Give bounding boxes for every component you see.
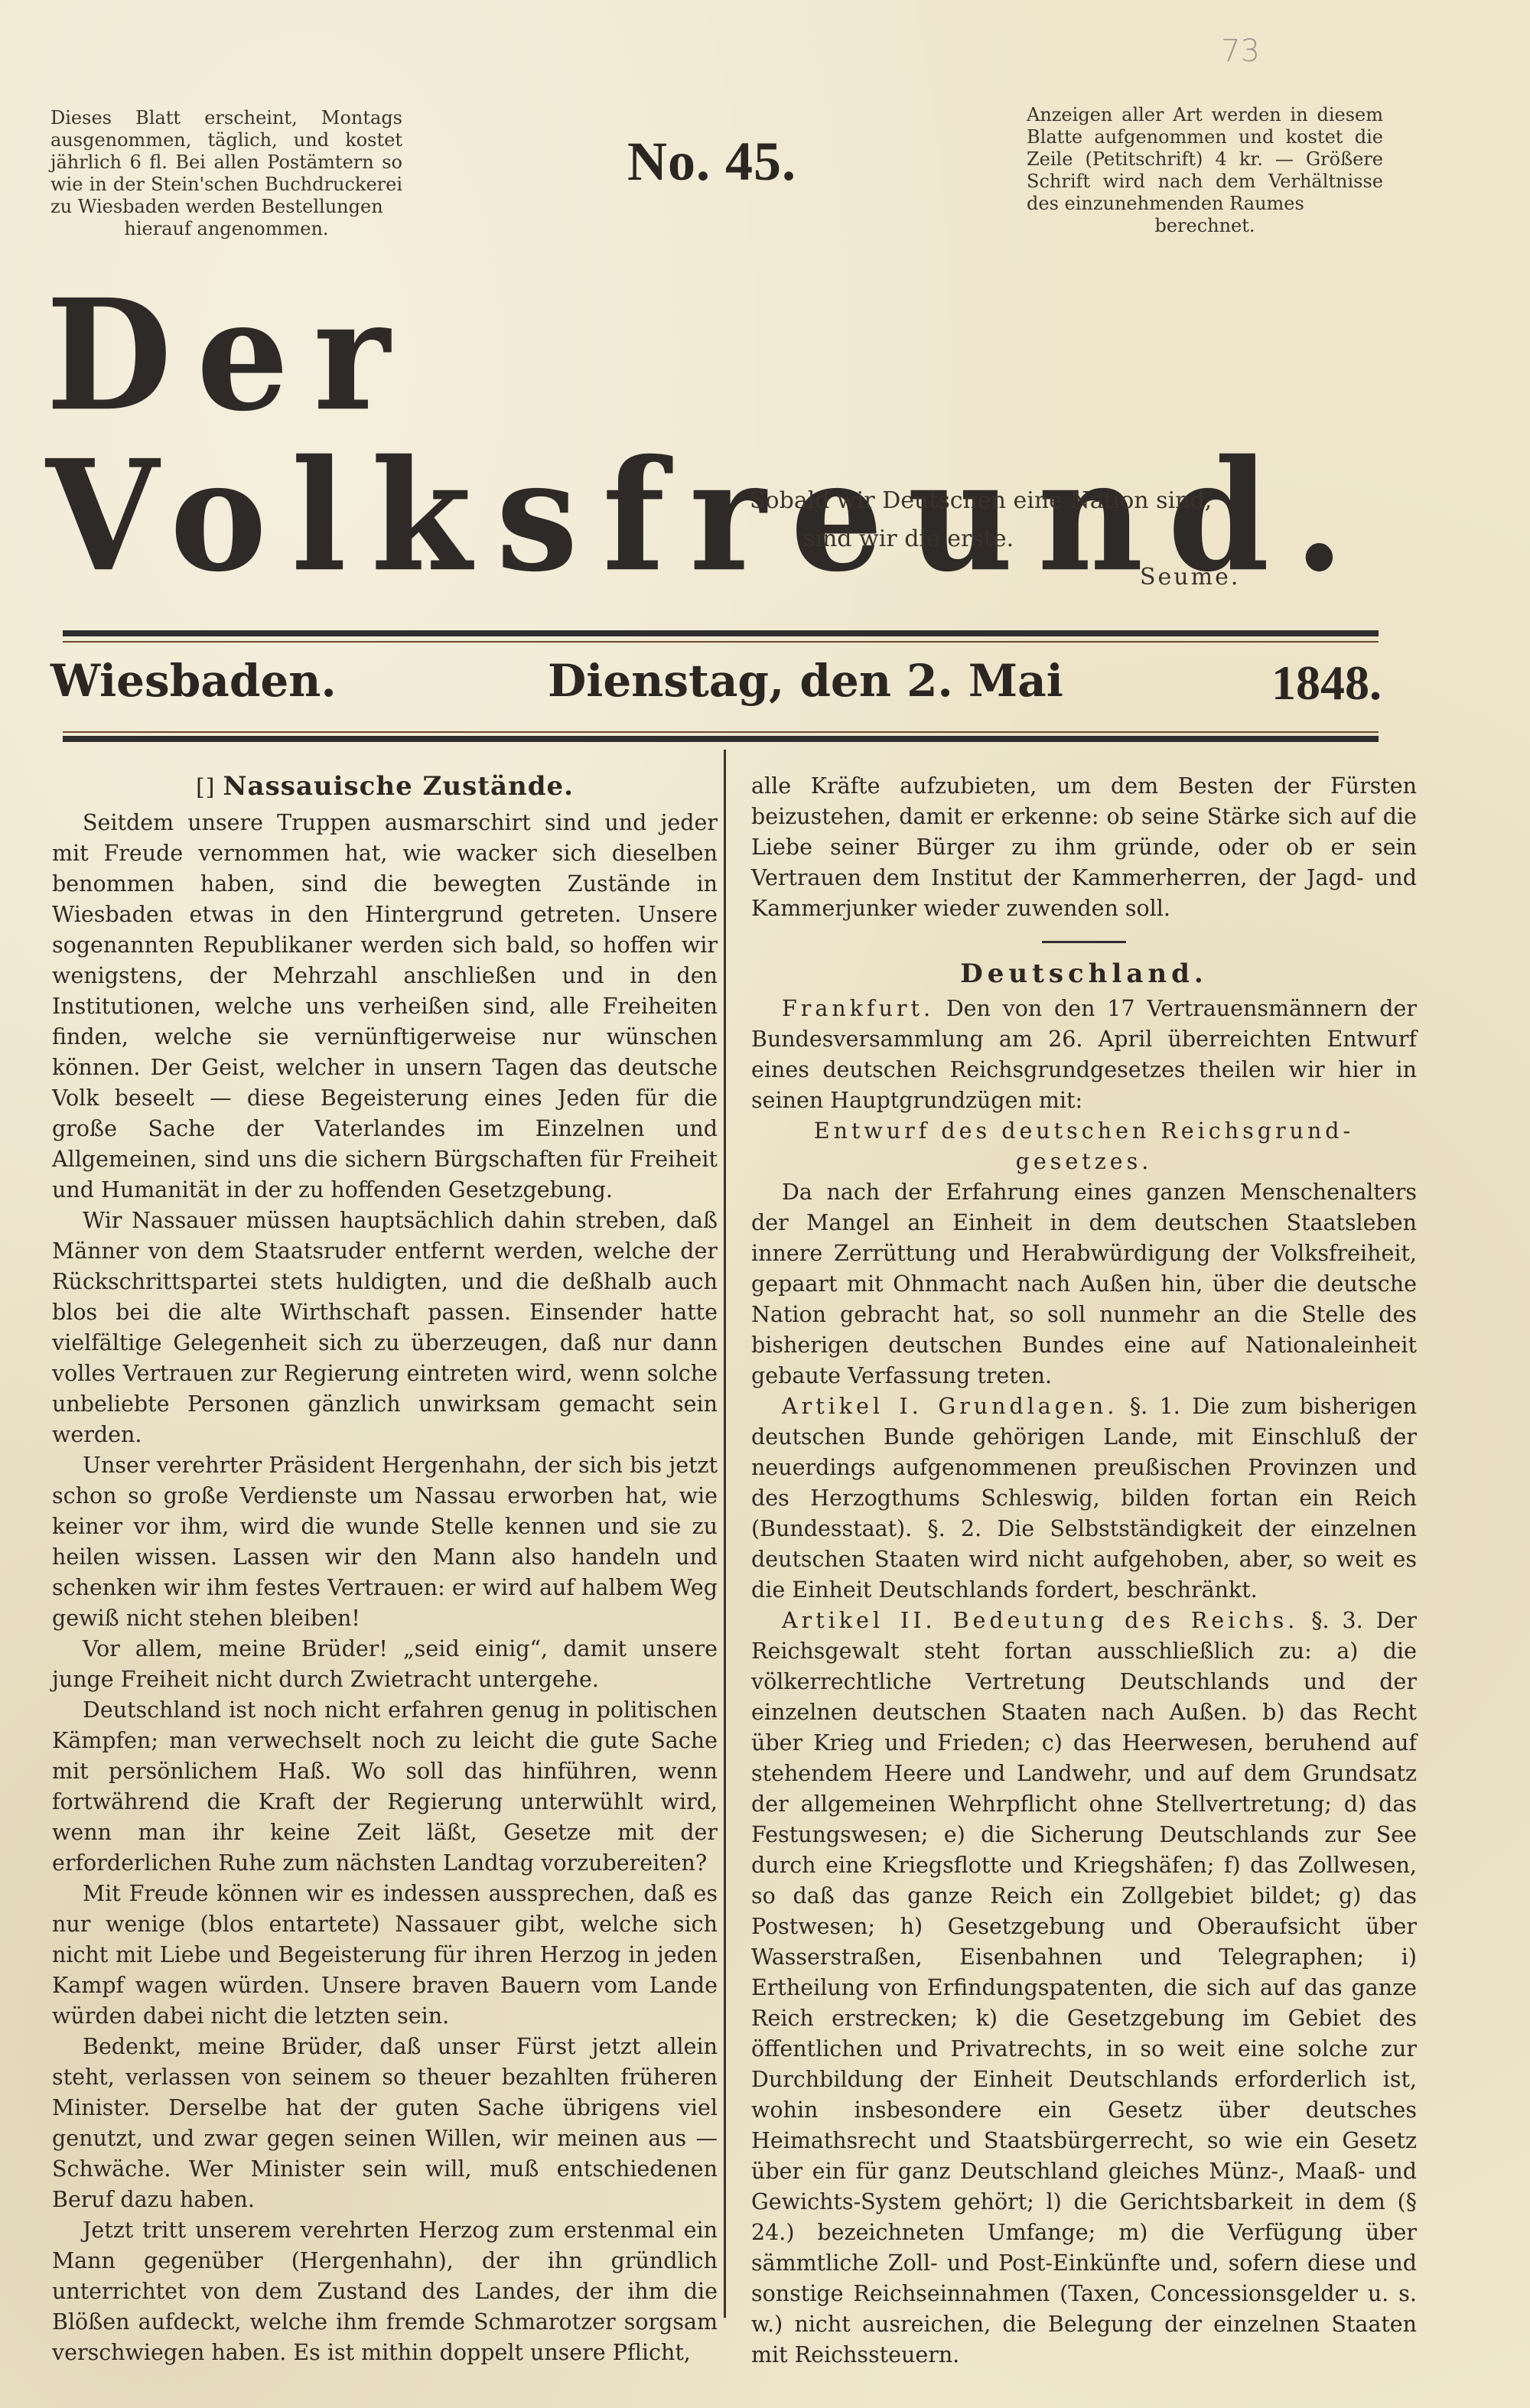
article-marker: [] <box>196 774 215 801</box>
dateline-year: 1848. <box>1271 655 1382 711</box>
article-paragraph: Vor allem, meine Brüder! „seid einig“, d… <box>52 1634 718 1695</box>
motto: Sobald wir Deutschen eine Nation sind, s… <box>750 482 1331 597</box>
dateline-rule-thin <box>63 731 1379 733</box>
header-rule-top <box>63 630 1379 636</box>
subscription-notice-last-line: hierauf angenommen. <box>50 218 402 240</box>
article-2-text: §. 3. Der Reichsgewalt steht fortan auss… <box>751 1608 1417 2367</box>
newspaper-page: 73 Dieses Blatt erscheint, Montags ausge… <box>0 0 1530 2408</box>
article-paragraph: Unser verehrter Präsident Hergenhahn, de… <box>52 1450 718 1634</box>
article-1-label: Artikel I. Grundlagen. <box>782 1394 1118 1419</box>
dateline-city: Wiesbaden. <box>50 655 337 707</box>
article-2: Artikel II. Bedeutung des Reichs. §. 3. … <box>751 1606 1417 2371</box>
issue-number: No. 45. <box>627 130 796 194</box>
article-1: Artikel I. Grundlagen. §. 1. Die zum bis… <box>751 1391 1417 1606</box>
advertising-notice-last-line: berechnet. <box>1027 215 1383 237</box>
dateline-date: Dienstag, den 2. Mai <box>548 655 1063 707</box>
news-intro: Frankfurt. Den von den 17 Vertrauensmänn… <box>751 994 1417 1116</box>
article-paragraph: Wir Nassauer müssen hauptsächlich dahin … <box>52 1206 718 1450</box>
motto-attribution: Seume. <box>750 558 1331 597</box>
advertising-notice: Anzeigen aller Art werden in diesem Blat… <box>1027 104 1383 237</box>
header-rule-top-thin <box>63 641 1379 643</box>
column-divider <box>724 750 726 2318</box>
article-paragraph: Jetzt tritt unserem verehrten Herzog zum… <box>52 2215 718 2368</box>
right-column: alle Kräfte aufzubieten, um dem Besten d… <box>751 771 1417 2371</box>
section-heading-deutschland: Deutschland. <box>751 958 1417 989</box>
subscription-notice: Dieses Blatt erscheint, Montags ausgenom… <box>50 107 402 240</box>
left-column: []Nassauische Zustände. Seitdem unsere T… <box>52 771 718 2368</box>
article-paragraph: Seitdem unsere Truppen ausmarschirt sind… <box>52 808 718 1206</box>
article-title: Nassauische Zustände. <box>223 771 573 802</box>
archive-page-number: 73 <box>1221 34 1260 69</box>
subscription-notice-text: Dieses Blatt erscheint, Montags ausgenom… <box>50 107 402 217</box>
article-paragraph: Deutschland ist noch nicht erfahren genu… <box>52 1695 718 1879</box>
article-2-label: Artikel II. Bedeutung des Reichs. <box>782 1608 1298 1633</box>
article-heading-nassau: []Nassauische Zustände. <box>52 771 718 803</box>
motto-line-2: sind wir die erste. <box>750 520 1331 558</box>
document-title-line-1: Entwurf des deutschen Reichsgrund- <box>751 1116 1417 1147</box>
section-separator <box>1042 941 1126 943</box>
article-1-text: §. 1. Die zum bisherigen deutschen Bunde… <box>751 1394 1417 1603</box>
advertising-notice-text: Anzeigen aller Art werden in diesem Blat… <box>1027 104 1383 214</box>
dateline-rule-thick <box>63 736 1379 742</box>
article-continuation: alle Kräfte aufzubieten, um dem Besten d… <box>751 771 1417 924</box>
document-title-line-2: gesetzes. <box>751 1147 1417 1177</box>
article-paragraph: Mit Freude können wir es indessen ausspr… <box>52 1879 718 2032</box>
document-preamble: Da nach der Erfahrung eines ganzen Mensc… <box>751 1177 1417 1391</box>
news-dateline-place: Frankfurt. <box>782 996 934 1021</box>
motto-line-1: Sobald wir Deutschen eine Nation sind, <box>750 487 1212 514</box>
dateline: Wiesbaden. Dienstag, den 2. Mai 1848. <box>50 655 1382 708</box>
article-paragraph: Bedenkt, meine Brüder, daß unser Fürst j… <box>52 2032 718 2215</box>
